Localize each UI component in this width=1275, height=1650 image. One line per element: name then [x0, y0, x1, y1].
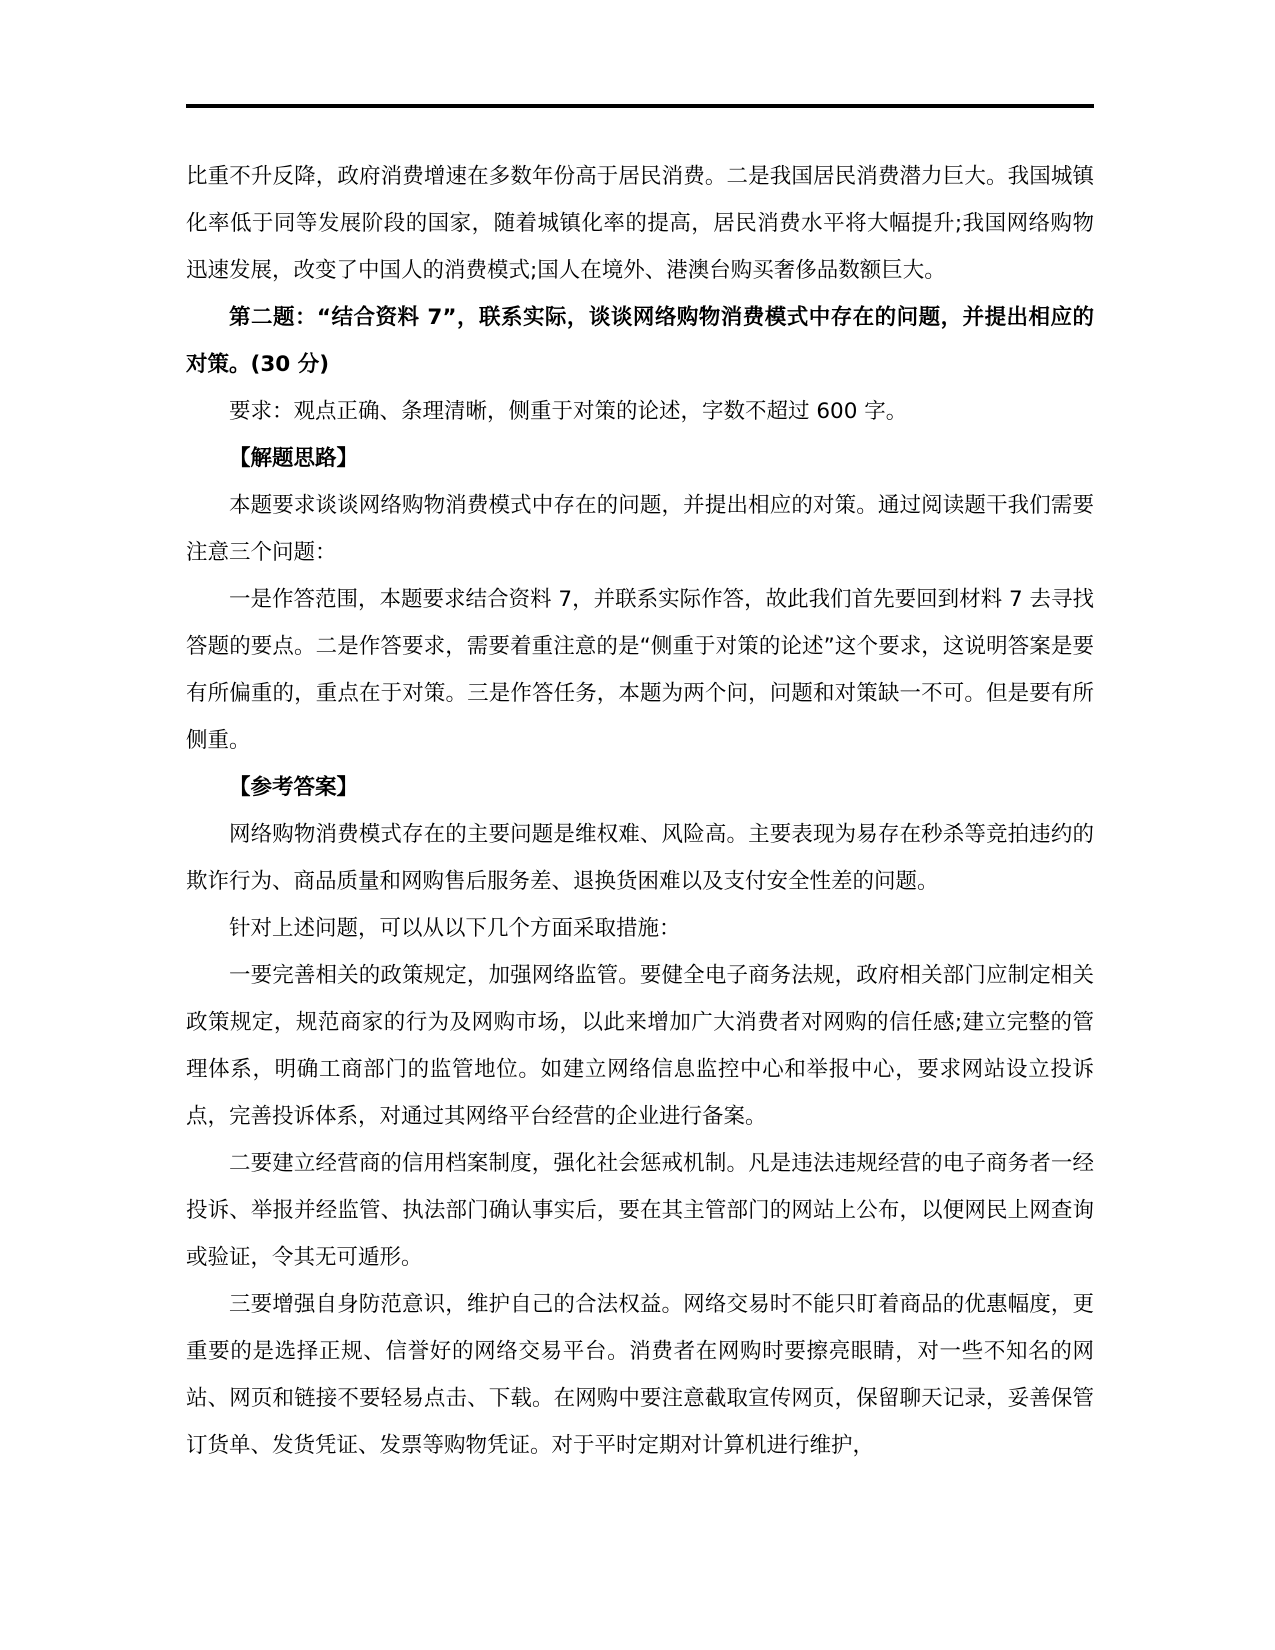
body-paragraph: 比重不升反降，政府消费增速在多数年份高于居民消费。二是我国居民消费潜力巨大。我国… — [186, 153, 1094, 294]
body-paragraph: 要求：观点正确、条理清晰，侧重于对策的论述，字数不超过 600 字。 — [186, 388, 1094, 435]
header-rule — [186, 104, 1094, 108]
body-paragraph: 一是作答范围，本题要求结合资料 7，并联系实际作答，故此我们首先要回到材料 7 … — [186, 576, 1094, 764]
body-paragraph: 针对上述问题，可以从以下几个方面采取措施： — [186, 905, 1094, 952]
heading-paragraph: 【参考答案】 — [186, 764, 1094, 811]
document-body: 比重不升反降，政府消费增速在多数年份高于居民消费。二是我国居民消费潜力巨大。我国… — [186, 153, 1094, 1469]
body-paragraph: 一要完善相关的政策规定，加强网络监管。要健全电子商务法规，政府相关部门应制定相关… — [186, 952, 1094, 1140]
body-paragraph: 二要建立经营商的信用档案制度，强化社会惩戒机制。凡是违法违规经营的电子商务者一经… — [186, 1140, 1094, 1281]
body-paragraph: 三要增强自身防范意识，维护自己的合法权益。网络交易时不能只盯着商品的优惠幅度，更… — [186, 1281, 1094, 1469]
body-paragraph: 本题要求谈谈网络购物消费模式中存在的问题，并提出相应的对策。通过阅读题干我们需要… — [186, 482, 1094, 576]
heading-paragraph: 第二题：“结合资料 7”，联系实际，谈谈网络购物消费模式中存在的问题，并提出相应… — [186, 294, 1094, 388]
body-paragraph: 网络购物消费模式存在的主要问题是维权难、风险高。主要表现为易存在秒杀等竞拍违约的… — [186, 811, 1094, 905]
heading-paragraph: 【解题思路】 — [186, 435, 1094, 482]
document-page: 比重不升反降，政府消费增速在多数年份高于居民消费。二是我国居民消费潜力巨大。我国… — [0, 0, 1275, 1650]
